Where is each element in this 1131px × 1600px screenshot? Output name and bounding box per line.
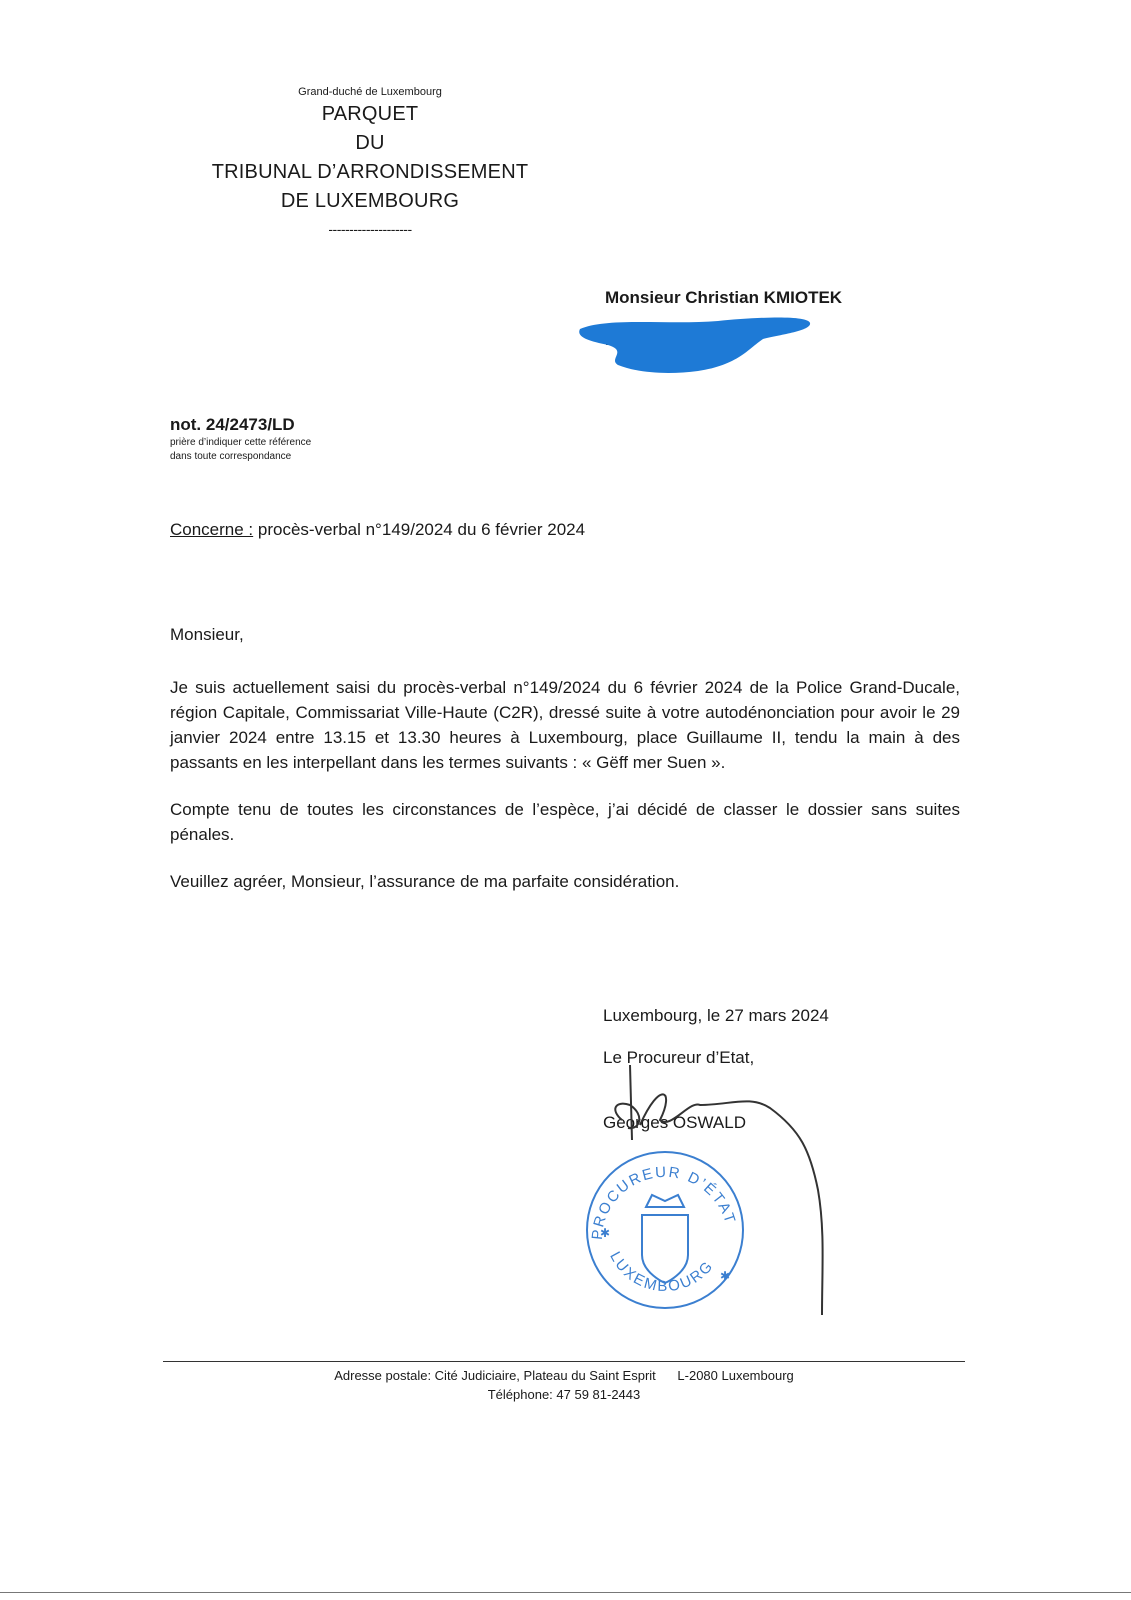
reference-block: not. 24/2473/LD prière d’indiquer cette …	[170, 414, 311, 464]
subject-text: procès-verbal n°149/2024 du 6 février 20…	[253, 520, 585, 539]
footer: Adresse postale: Cité Judiciaire, Platea…	[163, 1366, 965, 1404]
subject-label: Concerne :	[170, 520, 253, 539]
subject-line: Concerne : procès-verbal n°149/2024 du 6…	[170, 520, 585, 540]
svg-text:✱: ✱	[600, 1226, 610, 1240]
office-title-1: PARQUET	[200, 100, 540, 129]
official-stamp: PROCUREUR D’ÉTAT LUXEMBOURG ✱ ✱	[580, 1145, 750, 1315]
scan-edge	[0, 1592, 1131, 1593]
letter-body: Monsieur, Je suis actuellement saisi du …	[170, 622, 960, 916]
paragraph-2: Compte tenu de toutes les circonstances …	[170, 797, 960, 847]
header-separator: --------------------	[200, 222, 540, 236]
paragraph-1: Je suis actuellement saisi du procès-ver…	[170, 675, 960, 775]
redaction-mark	[578, 315, 813, 375]
recipient-name: Monsieur Christian KMIOTEK	[605, 288, 842, 308]
reference-number: not. 24/2473/LD	[170, 414, 311, 436]
footer-postal: L-2080 Luxembourg	[677, 1368, 793, 1383]
salutation: Monsieur,	[170, 622, 960, 647]
svg-text:LUXEMBOURG: LUXEMBOURG	[606, 1249, 717, 1295]
letterhead: Grand-duché de Luxembourg PARQUET DU TRI…	[200, 84, 540, 236]
footer-phone: Téléphone: 47 59 81-2443	[163, 1385, 965, 1404]
place-date: Luxembourg, le 27 mars 2024	[603, 1006, 829, 1026]
svg-text:PROCUREUR D’ÉTAT: PROCUREUR D’ÉTAT	[589, 1164, 739, 1241]
footer-divider	[163, 1361, 965, 1362]
office-title-4: DE LUXEMBOURG	[200, 187, 540, 216]
reference-note-2: dans toute correspondance	[170, 450, 311, 464]
svg-text:✱: ✱	[720, 1269, 730, 1283]
reference-note-1: prière d’indiquer cette référence	[170, 436, 311, 450]
office-title-2: DU	[200, 129, 540, 158]
stamp-bottom-text: LUXEMBOURG	[606, 1249, 717, 1295]
closing: Veuillez agréer, Monsieur, l’assurance d…	[170, 869, 960, 894]
footer-address: Adresse postale: Cité Judiciaire, Platea…	[334, 1368, 656, 1383]
country-name: Grand-duché de Luxembourg	[200, 84, 540, 100]
stamp-top-text: PROCUREUR D’ÉTAT	[589, 1164, 739, 1241]
office-title-3: TRIBUNAL D’ARRONDISSEMENT	[200, 158, 540, 187]
